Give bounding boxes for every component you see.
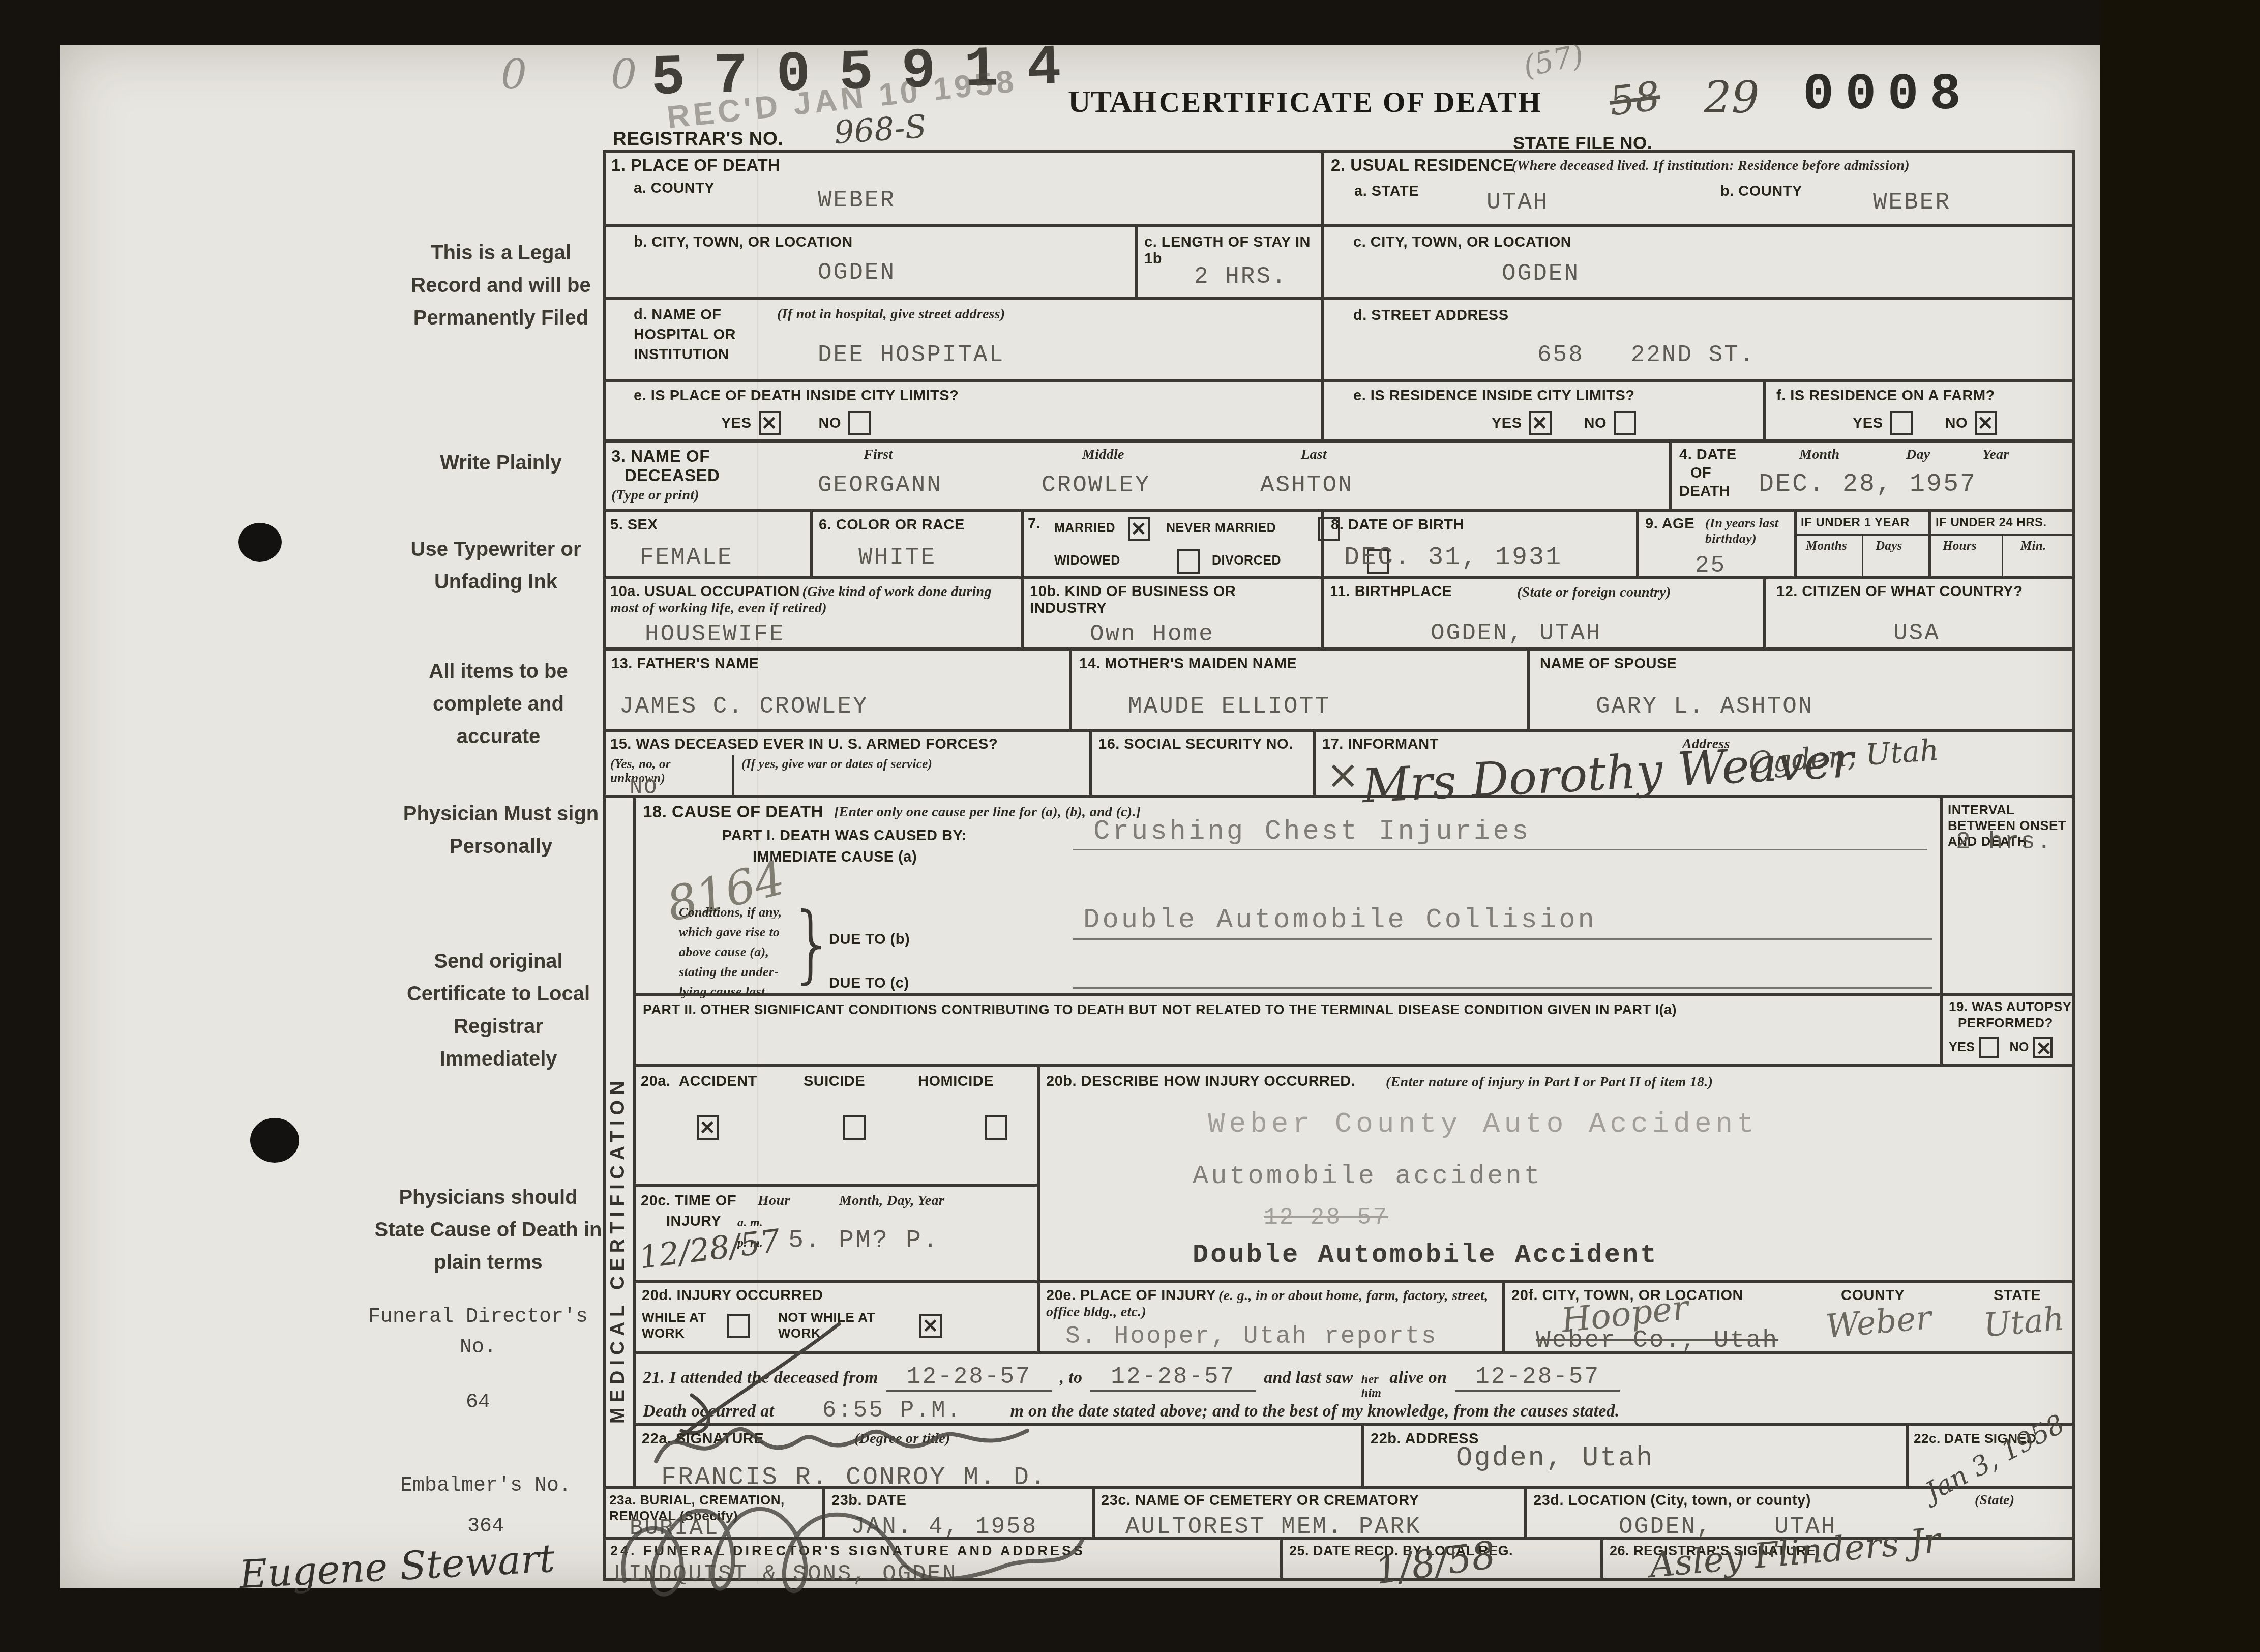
field-residence-city: c. CITY, TOWN, OR LOCATION OGDEN: [1322, 225, 2075, 299]
name-label-2: DECEASED: [625, 466, 720, 485]
no-label: NO: [1584, 415, 1607, 432]
min-header: Min.: [2020, 539, 2046, 553]
field-name-of-deceased: 3. NAME OF DECEASED (Type or print) Firs…: [603, 441, 1671, 510]
death-city-limits-yes-checkbox: [759, 411, 781, 435]
armed-forces-label: 15. WAS DECEASED EVER IN U. S. ARMED FOR…: [610, 736, 998, 753]
field-20a-number: 20a.: [641, 1073, 670, 1090]
due-to-b-value: Double Automobile Collision: [1083, 905, 1597, 936]
due-to-c-label: DUE TO (c): [829, 975, 909, 992]
occupation-label: 10a. USUAL OCCUPATION: [610, 583, 800, 600]
field-ssn: 16. SOCIAL SECURITY NO.: [1091, 730, 1315, 796]
field-armed-forces: 15. WAS DECEASED EVER IN U. S. ARMED FOR…: [603, 730, 1091, 796]
punch-hole-bottom: [250, 1118, 299, 1163]
place-county-value: WEBER: [818, 187, 896, 214]
street-address-label: d. STREET ADDRESS: [1353, 307, 1509, 324]
her-him-stack: her him: [1361, 1373, 1382, 1400]
hour-header: Hour: [758, 1193, 790, 1209]
hospital-note: (If not in hospital, give street address…: [777, 306, 1005, 322]
time-injury-label-2: INJURY: [666, 1213, 721, 1230]
margin-note-legal-record: This is a Legal Record and will be Perma…: [402, 237, 600, 334]
no-label: NO: [1945, 415, 1968, 432]
autopsy-label-2: PERFORMED?: [1958, 1015, 2053, 1031]
mother-label: 14. MOTHER'S MAIDEN NAME: [1079, 656, 1297, 672]
funeral-director-no-label: Funeral Director's No.: [351, 1302, 605, 1363]
field-residence-city-limits: e. IS RESIDENCE INSIDE CITY LIMITS? YES …: [1322, 381, 1765, 441]
how-injury-label: 20b. DESCRIBE HOW INJURY OCCURRED.: [1046, 1073, 1355, 1090]
field-injury-city: 20f. CITY, TOWN, OR LOCATION COUNTY STAT…: [1504, 1282, 2075, 1353]
field-occupation: 10a. USUAL OCCUPATION (Give kind of work…: [603, 578, 1022, 649]
injury-city-struck-value: Weber Co., Utah: [1536, 1327, 1778, 1354]
attended-to-text: , to: [1060, 1368, 1083, 1388]
autopsy-yes-checkbox: [1979, 1037, 1999, 1058]
month-header: Month: [1799, 447, 1839, 463]
business-label: 10b. KIND OF BUSINESS OR INDUSTRY: [1030, 583, 1315, 617]
hours-header: Hours: [1943, 539, 1977, 553]
cemetery-value: AULTOREST MEM. PARK: [1125, 1514, 1421, 1540]
street-address-value: 658 22ND ST.: [1537, 342, 1755, 368]
field-usual-residence: 2. USUAL RESIDENCE (Where deceased lived…: [1322, 150, 2075, 225]
yes-label: YES: [1492, 415, 1522, 432]
widowed-label: WIDOWED: [1054, 553, 1120, 568]
field-age: 9. AGE (In years last birthday) 25: [1638, 510, 1795, 578]
length-of-stay-value: 2 HRS.: [1194, 263, 1288, 290]
field-death-city-limits: e. IS PLACE OF DEATH INSIDE CITY LIMITS?…: [603, 381, 1322, 441]
field-place-of-injury: 20e. PLACE OF INJURY (e. g., in or about…: [1038, 1282, 1504, 1353]
field-how-injury-occurred: 20b. DESCRIBE HOW INJURY OCCURRED. (Ente…: [1038, 1066, 2075, 1282]
mother-value: MAUDE ELLIOTT: [1128, 693, 1330, 720]
cemetery-label: 23c. NAME OF CEMETERY OR CREMATORY: [1101, 1492, 1419, 1509]
age-note: (In years last birthday): [1705, 516, 1792, 546]
field-date-of-death: 4. DATE OF DEATH Month Day Year DEC. 28,…: [1671, 441, 2075, 510]
yes-label: YES: [1949, 1040, 1975, 1055]
month-day-year-header: Month, Day, Year: [839, 1193, 944, 1209]
field-residence-farm: f. IS RESIDENCE ON A FARM? YES NO: [1765, 381, 2075, 441]
occupation-value: HOUSEWIFE: [645, 621, 785, 647]
margin-note-plain-terms: Physicians should State Cause of Death i…: [371, 1181, 605, 1279]
sex-value: FEMALE: [640, 544, 733, 571]
place-of-injury-label: 20e. PLACE OF INJURY: [1046, 1287, 1216, 1304]
field-physician-signature: 22a. SIGNATURE (Degree or title) FRANCIS…: [634, 1424, 1363, 1488]
field-birthplace: 11. BIRTHPLACE (State or foreign country…: [1322, 578, 1765, 649]
age-label: 9. AGE: [1645, 516, 1694, 533]
field-physician-address: 22b. ADDRESS Ogden, Utah: [1363, 1424, 1907, 1488]
field-if-under-24-hrs: IF UNDER 24 HRS. Hours Min.: [1930, 510, 2075, 578]
no-label: NO: [819, 415, 842, 432]
residence-title: 2. USUAL RESIDENCE: [1331, 156, 1514, 175]
field-accident-suicide-homicide: 20a. ACCIDENT SUICIDE HOMICIDE: [634, 1066, 1038, 1185]
hospital-label: d. NAME OF HOSPITAL OR INSTITUTION: [634, 305, 771, 365]
dod-value: DEC. 28, 1957: [1759, 470, 1977, 499]
residence-city-limits-no-checkbox: [1614, 411, 1636, 435]
field-marital-status: 7. MARRIED NEVER MARRIED WIDOWED DIVORCE…: [1022, 510, 1322, 578]
medical-certification-strip: MEDICAL CERTIFICATION: [603, 796, 634, 1488]
residence-farm-yes-checkbox: [1890, 411, 1913, 435]
days-header: Days: [1876, 539, 1902, 553]
injury-state-value: Utah: [1982, 1300, 2066, 1345]
spouse-value: GARY L. ASHTON: [1596, 693, 1813, 720]
never-married-label: NEVER MARRIED: [1166, 521, 1276, 536]
spouse-label: NAME OF SPOUSE: [1540, 656, 1677, 672]
field-length-of-stay: c. LENGTH OF STAY IN 1b 2 HRS.: [1137, 225, 1322, 299]
punch-hole-top: [238, 523, 282, 562]
hospital-value: DEE HOSPITAL: [818, 342, 1004, 368]
dod-label-2: OF: [1690, 465, 1711, 482]
autopsy-no-checkbox: [2033, 1037, 2053, 1058]
field-sex: 5. SEX FEMALE: [603, 510, 811, 578]
under-24-hrs-label: IF UNDER 24 HRS.: [1936, 516, 2047, 530]
not-while-at-work-checkbox: [919, 1314, 942, 1338]
name-label-1: 3. NAME OF: [611, 447, 710, 466]
no-label: NO: [2010, 1040, 2030, 1055]
length-of-stay-label: c. LENGTH OF STAY IN 1b: [1144, 234, 1315, 268]
sex-label: 5. SEX: [610, 517, 658, 534]
accident-checkbox: [697, 1115, 719, 1140]
margin-note-complete-accurate: All items to be complete and accurate: [397, 655, 600, 753]
how-injury-note: (Enter nature of injury in Part I or Par…: [1386, 1074, 1713, 1090]
margin-note-send-original: Send original Certificate to Local Regis…: [397, 945, 600, 1075]
first-header: First: [864, 447, 893, 463]
file-no-handwritten: 29: [1704, 72, 1759, 123]
field-cemetery: 23c. NAME OF CEMETERY OR CREMATORY AULTO…: [1093, 1488, 1526, 1539]
place-city-value: OGDEN: [818, 259, 896, 286]
birthplace-value: OGDEN, UTAH: [1431, 620, 1602, 646]
father-value: JAMES C. CROWLEY: [619, 693, 869, 720]
field-hospital: d. NAME OF HOSPITAL OR INSTITUTION (If n…: [603, 299, 1322, 381]
field-date-of-birth: 8. DATE OF BIRTH DEC. 31, 1931: [1322, 510, 1638, 578]
title-state: UTAH: [1068, 84, 1157, 119]
field-street-address: d. STREET ADDRESS 658 22ND ST.: [1322, 299, 2075, 381]
father-label: 13. FATHER'S NAME: [611, 656, 759, 672]
injury-occurred-label: 20d. INJURY OCCURRED: [642, 1287, 823, 1304]
field-citizen: 12. CITIZEN OF WHAT COUNTRY? USA: [1765, 578, 2075, 649]
marital-number: 7.: [1028, 516, 1040, 533]
dob-value: DEC. 31, 1931: [1344, 543, 1562, 572]
color-race-value: WHITE: [858, 544, 936, 571]
yes-label: YES: [1853, 415, 1883, 432]
residence-county-label: b. COUNTY: [1720, 183, 1802, 200]
cause-label: 18. CAUSE OF DEATH: [643, 802, 823, 821]
place-county-label: a. COUNTY: [634, 180, 715, 197]
file-no-struck: 58: [1607, 73, 1662, 125]
page-title: UTAH CERTIFICATE OF DEATH: [1068, 84, 1542, 120]
alive-on-text: alive on: [1389, 1368, 1447, 1388]
divorced-label: DIVORCED: [1212, 553, 1281, 568]
field-father-name: 13. FATHER'S NAME JAMES C. CROWLEY: [603, 649, 1070, 730]
part1-label: PART I. DEATH WAS CAUSED BY:: [722, 828, 967, 844]
field-if-under-1-year: IF UNDER 1 YEAR Months Days: [1795, 510, 1930, 578]
under-1-year-label: IF UNDER 1 YEAR: [1801, 516, 1910, 530]
accident-label: ACCIDENT: [679, 1073, 757, 1090]
informant-x-mark: ×: [1326, 752, 1359, 798]
how-injury-struck: 12-28-57: [1264, 1204, 1388, 1231]
her-option: her: [1361, 1373, 1382, 1386]
field-funeral-director: 24. FUNERAL DIRECTOR'S SIGNATURE AND ADD…: [603, 1539, 1282, 1581]
residence-farm-label: f. IS RESIDENCE ON A FARM?: [1776, 388, 1995, 404]
field-cause-of-death: 18. CAUSE OF DEATH [Enter only one cause…: [634, 796, 1941, 994]
married-label: MARRIED: [1054, 521, 1115, 536]
married-checkbox: [1128, 517, 1150, 541]
birthplace-label: 11. BIRTHPLACE: [1330, 583, 1452, 600]
dod-label-1: 4. DATE: [1679, 447, 1737, 463]
field-part2: PART II. OTHER SIGNIFICANT CONDITIONS CO…: [634, 994, 1941, 1066]
death-city-limits-label: e. IS PLACE OF DEATH INSIDE CITY LIMITS?: [634, 388, 959, 404]
widowed-checkbox: [1177, 549, 1200, 574]
middle-header: Middle: [1082, 447, 1124, 463]
attended-to-date: 12-28-57: [1090, 1364, 1256, 1392]
place-city-label: b. CITY, TOWN, OR LOCATION: [634, 234, 853, 251]
middle-name-value: CROWLEY: [1042, 472, 1150, 498]
field-place-of-death: 1. PLACE OF DEATH a. COUNTY WEBER: [603, 150, 1322, 225]
informant-label: 17. INFORMANT: [1322, 736, 1439, 753]
birthplace-note: (State or foreign country): [1517, 584, 1671, 601]
first-name-value: GEORGANN: [818, 472, 942, 498]
citizen-value: USA: [1893, 620, 1940, 646]
state-file-no-stamp: 0008: [1803, 65, 1972, 124]
time-injury-typed: 5. PM? P.: [788, 1226, 939, 1255]
field-interval: INTERVAL BETWEEN ONSET AND DEATH 2 hrs.: [1941, 796, 2075, 994]
conditions-note: Conditions, if any, which gave rise to a…: [679, 902, 788, 1001]
field-informant: 17. INFORMANT Address Ogden, Utah × Mrs …: [1315, 730, 2075, 796]
field-time-of-injury: 20c. TIME OF INJURY Hour Month, Day, Yea…: [634, 1185, 1038, 1282]
autopsy-label-1: 19. WAS AUTOPSY: [1949, 999, 2072, 1015]
scanner-background: [2100, 0, 2260, 1652]
color-race-label: 6. COLOR OR RACE: [819, 517, 965, 534]
homicide-checkbox: [985, 1115, 1007, 1140]
field-autopsy: 19. WAS AUTOPSY PERFORMED? YES NO: [1941, 994, 2075, 1066]
scanned-death-certificate: 0 0 5705914 REC'D JAN 10 1958 REGISTRAR'…: [0, 0, 2260, 1652]
armed-forces-note-1: (Yes, no, or unknown): [610, 757, 727, 786]
embalmer-no-value: 364: [366, 1512, 605, 1542]
residence-city-value: OGDEN: [1502, 260, 1580, 287]
field-place-city: b. CITY, TOWN, OR LOCATION OGDEN: [603, 225, 1137, 299]
death-post-text: m on the date stated above; and to the b…: [1010, 1402, 1620, 1421]
field-business-industry: 10b. KIND OF BUSINESS OR INDUSTRY Own Ho…: [1022, 578, 1322, 649]
name-note: (Type or print): [611, 487, 699, 504]
field-cemetery-location: 23d. LOCATION (City, town, or county) (S…: [1526, 1488, 2075, 1539]
place-of-death-title: 1. PLACE OF DEATH: [611, 156, 780, 175]
citizen-label: 12. CITIZEN OF WHAT COUNTRY?: [1776, 583, 2023, 600]
last-name-value: ASHTON: [1260, 472, 1354, 498]
residence-city-limits-yes-checkbox: [1529, 411, 1552, 435]
cemetery-location-label: 23d. LOCATION (City, town, or county): [1533, 1492, 1811, 1509]
injury-state-label: STATE: [1994, 1287, 2041, 1304]
field-date-received: 25. DATE RECD. BY LOCAL REG. 1/8/58: [1282, 1539, 1602, 1581]
time-injury-label-1: 20c. TIME OF: [641, 1193, 736, 1209]
alive-on-date: 12-28-57: [1455, 1364, 1620, 1392]
suicide-label: SUICIDE: [804, 1073, 865, 1090]
suicide-checkbox: [843, 1115, 866, 1140]
field-registrar-signature: 26. REGISTRAR'S SIGNATURE Asley Flinders…: [1602, 1539, 2075, 1581]
physician-signature-script: [651, 1405, 1037, 1482]
registrar-no-value: 968-S: [833, 108, 928, 152]
interval-value: 2 hrs.: [1956, 829, 2053, 856]
ssn-label: 16. SOCIAL SECURITY NO.: [1098, 736, 1307, 753]
attended-from-date: 12-28-57: [886, 1364, 1052, 1392]
residence-state-value: UTAH: [1486, 189, 1549, 216]
yes-label: YES: [721, 415, 752, 432]
cemetery-location-state-note: (State): [1975, 1492, 2014, 1509]
how-injury-line-3: Double Automobile Accident: [1193, 1240, 1658, 1270]
last-saw-text: and last saw: [1264, 1368, 1353, 1388]
dod-label-3: DEATH: [1679, 483, 1730, 500]
dob-label: 8. DATE OF BIRTH: [1331, 517, 1464, 534]
part2-label: PART II. OTHER SIGNIFICANT CONDITIONS CO…: [643, 1002, 1914, 1018]
due-to-b-label: DUE TO (b): [829, 931, 910, 948]
margin-note-typewriter: Use Typewriter or Unfading Ink: [392, 533, 600, 598]
how-injury-line-1: Weber County Auto Accident: [1208, 1108, 1758, 1140]
armed-forces-note-2: (If yes, give war or dates of service): [741, 757, 965, 772]
field-date-signed: 22c. DATE SIGNED Jan 3, 1958: [1907, 1424, 2075, 1488]
margin-note-physician-sign: Physician Must sign Personally: [402, 798, 600, 863]
registrar-no-label: REGISTRAR'S NO.: [613, 128, 783, 150]
pencil-marks: 0 0: [501, 51, 672, 98]
medical-certification-label: MEDICAL CERTIFICATION: [607, 864, 629, 1424]
field-spouse-name: NAME OF SPOUSE GARY L. ASHTON: [1528, 649, 2075, 730]
day-header: Day: [1906, 447, 1930, 463]
business-value: Own Home: [1090, 621, 1214, 647]
months-header: Months: [1806, 539, 1847, 553]
embalmer-no-label: Embalmer's No.: [366, 1471, 605, 1501]
residence-state-label: a. STATE: [1354, 183, 1419, 200]
place-of-injury-value: S. Hooper, Utah reports: [1065, 1323, 1438, 1350]
injury-county-value: Weber: [1824, 1299, 1933, 1346]
residence-county-value: WEBER: [1873, 189, 1951, 216]
death-city-limits-no-checkbox: [848, 411, 871, 435]
residence-city-label: c. CITY, TOWN, OR LOCATION: [1353, 234, 1571, 251]
residence-farm-no-checkbox: [1975, 411, 1997, 435]
title-main: CERTIFICATE OF DEATH: [1159, 86, 1542, 119]
field-mother-name: 14. MOTHER'S MAIDEN NAME MAUDE ELLIOTT: [1070, 649, 1528, 730]
funeral-director-signature-script: [609, 1479, 1092, 1611]
residence-city-limits-label: e. IS RESIDENCE INSIDE CITY LIMITS?: [1353, 388, 1635, 404]
homicide-label: HOMICIDE: [918, 1073, 994, 1090]
funeral-director-no-value: 64: [351, 1388, 605, 1418]
time-injury-date-hand: 12/28/57: [637, 1222, 782, 1276]
margin-note-write-plainly: Write Plainly: [402, 447, 600, 479]
residence-title-note: (Where deceased lived. If institution: R…: [1512, 158, 1910, 174]
last-header: Last: [1301, 447, 1327, 463]
how-injury-line-2: Automobile accident: [1193, 1161, 1542, 1191]
age-value: 25: [1695, 552, 1726, 579]
field-color-race: 6. COLOR OR RACE WHITE: [811, 510, 1022, 578]
physician-address-value: Ogden, Utah: [1456, 1443, 1654, 1474]
year-header: Year: [1982, 447, 2009, 463]
immediate-cause-value: Crushing Chest Injuries: [1093, 816, 1531, 847]
